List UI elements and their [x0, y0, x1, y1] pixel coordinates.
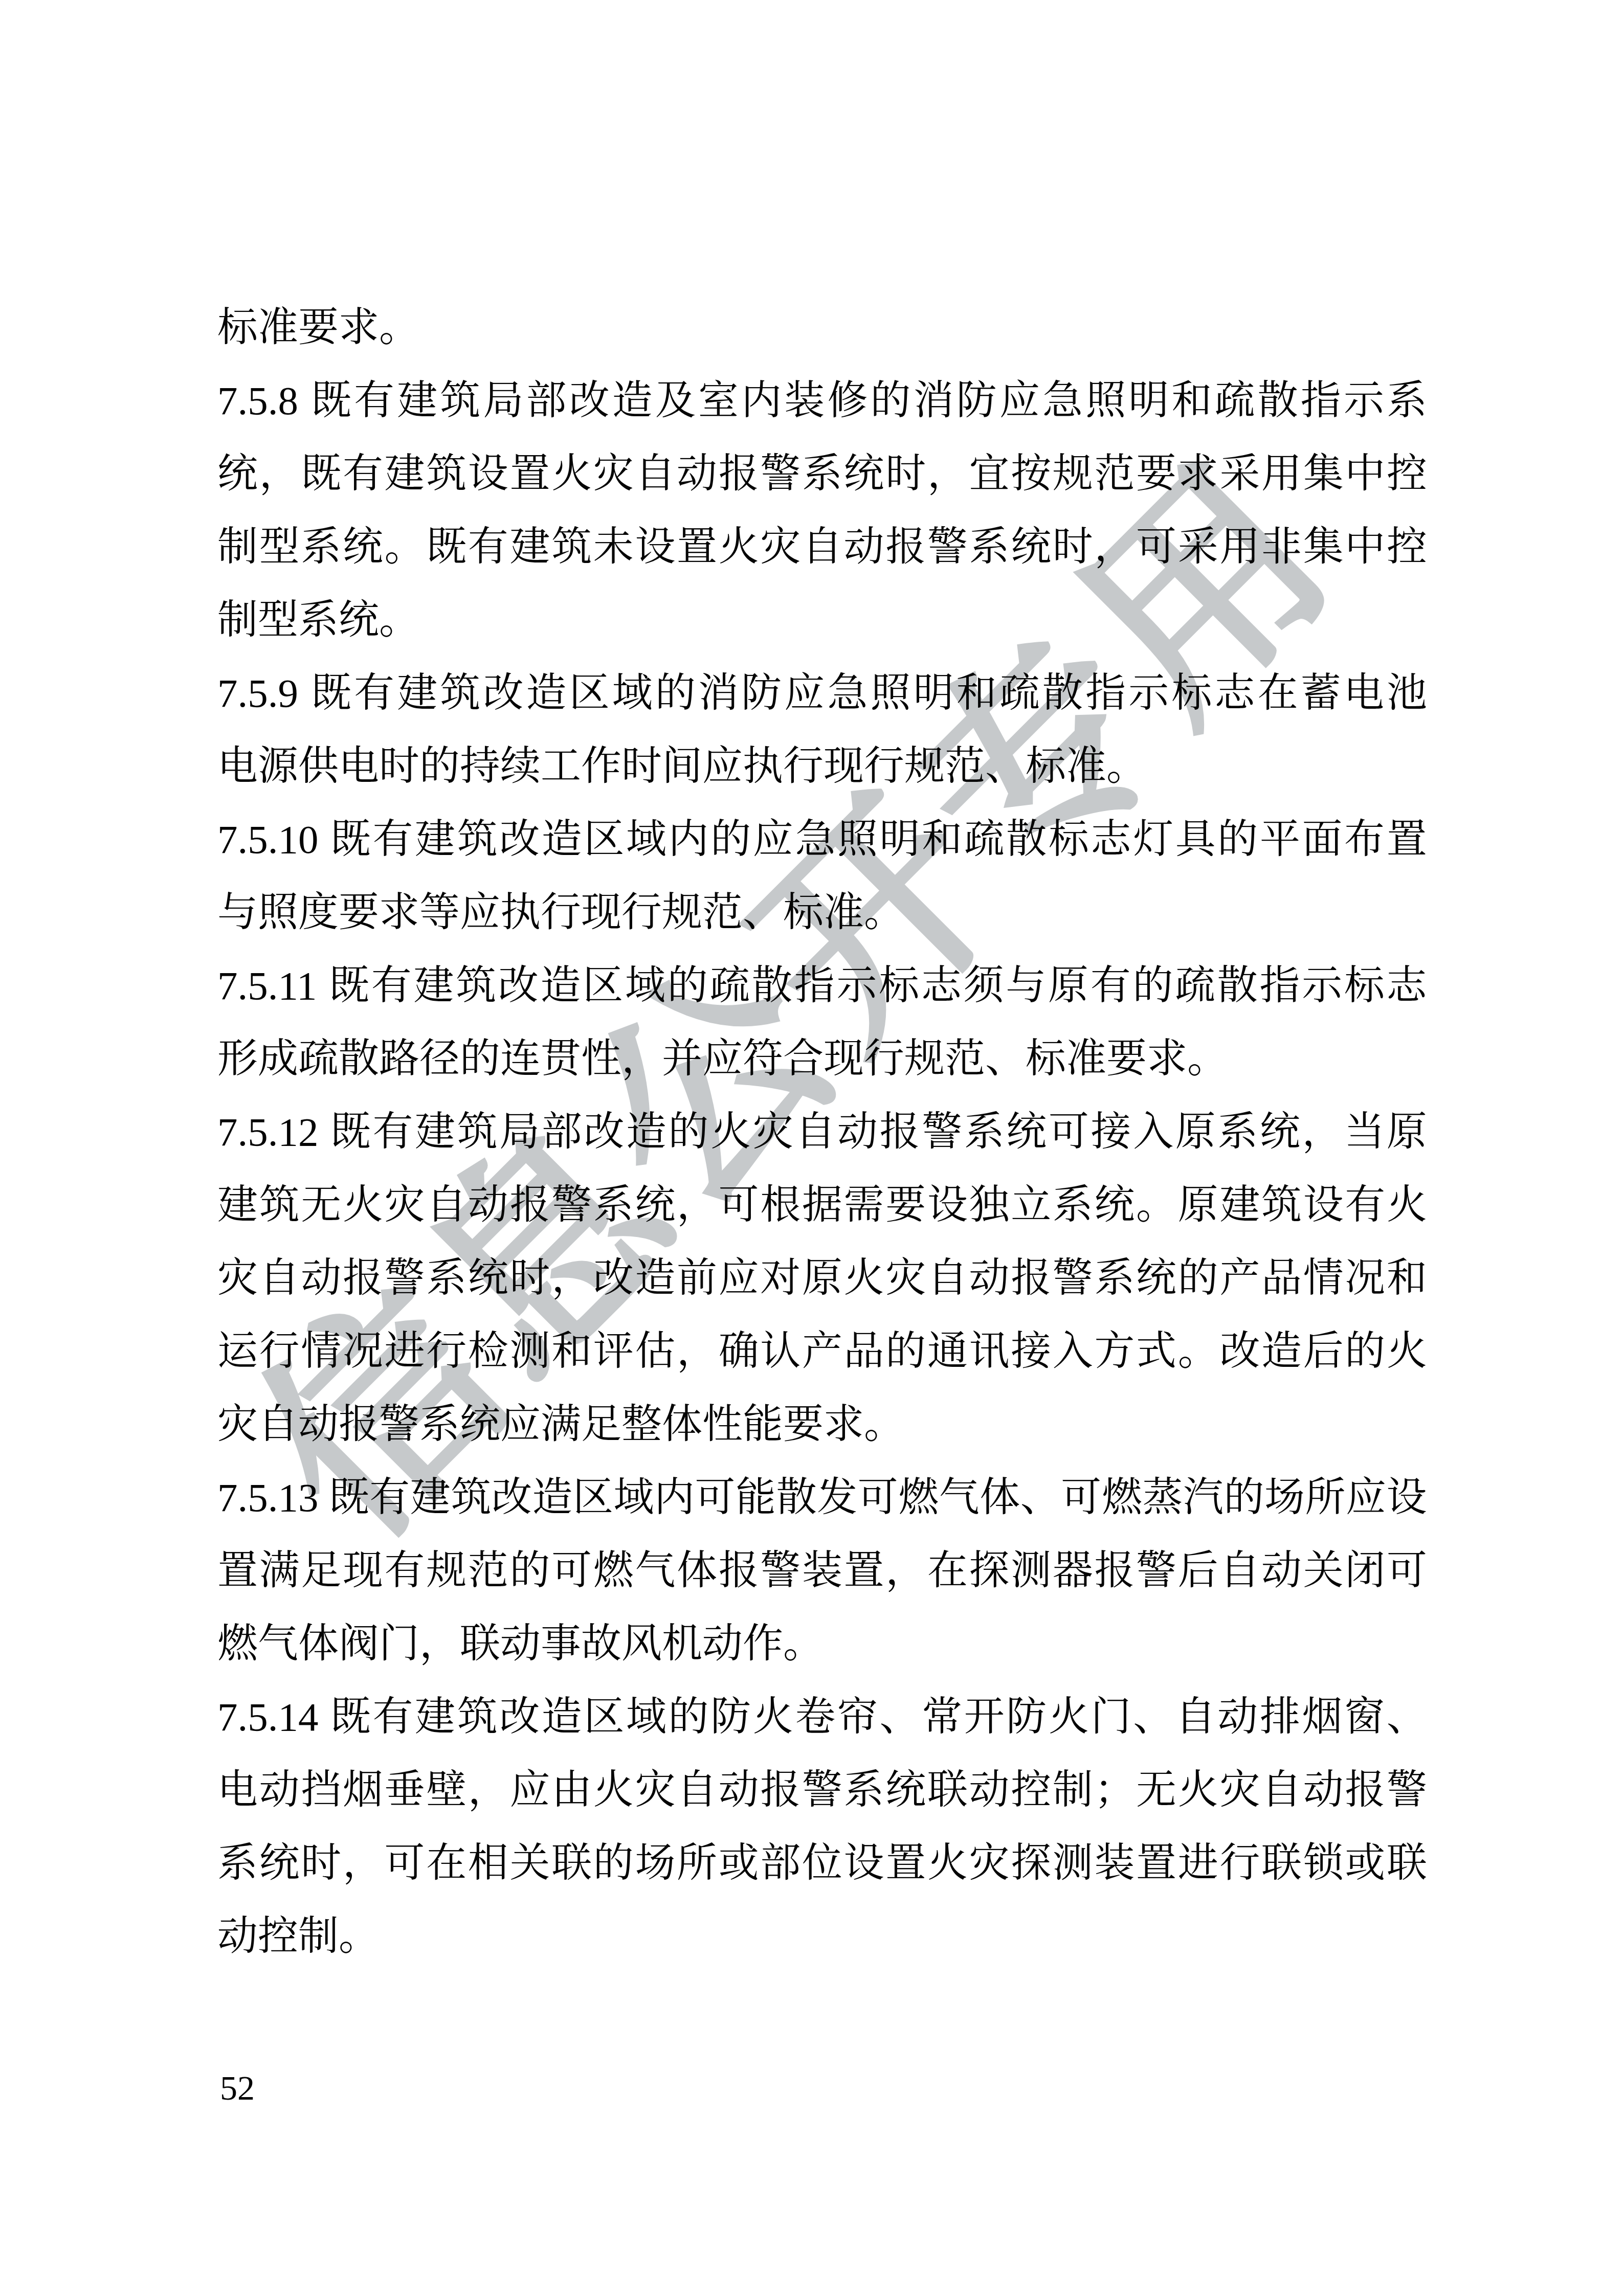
- body-line: 电源供电时的持续工作时间应执行现行规范、标准。: [217, 730, 1427, 803]
- body-line: 燃气体阀门，联动事故风机动作。: [217, 1608, 1427, 1681]
- body-line: 7.5.8 既有建筑局部改造及室内装修的消防应急照明和疏散指示系: [217, 365, 1427, 438]
- body-line: 灾自动报警系统应满足整体性能要求。: [217, 1388, 1427, 1461]
- body-text: 标准要求。 7.5.8 既有建筑局部改造及室内装修的消防应急照明和疏散指示系 统…: [217, 291, 1427, 1973]
- body-line: 7.5.12 既有建筑局部改造的火灾自动报警系统可接入原系统，当原: [217, 1096, 1427, 1169]
- body-line: 标准要求。: [217, 291, 1427, 365]
- body-line: 置满足现有规范的可燃气体报警装置，在探测器报警后自动关闭可: [217, 1535, 1427, 1608]
- body-line: 制型系统。既有建筑未设置火灾自动报警系统时，可采用非集中控: [217, 511, 1427, 584]
- body-line: 形成疏散路径的连贯性，并应符合现行规范、标准要求。: [217, 1023, 1427, 1096]
- document-page: 信息公开专用 标准要求。 7.5.8 既有建筑局部改造及室内装修的消防应急照明和…: [0, 0, 1624, 2296]
- body-line: 7.5.9 既有建筑改造区域的消防应急照明和疏散指示标志在蓄电池: [217, 657, 1427, 730]
- body-line: 与照度要求等应执行现行规范、标准。: [217, 876, 1427, 950]
- body-line: 建筑无火灾自动报警系统，可根据需要设独立系统。原建筑设有火: [217, 1169, 1427, 1242]
- body-line: 灾自动报警系统时，改造前应对原火灾自动报警系统的产品情况和: [217, 1242, 1427, 1315]
- body-line: 动控制。: [217, 1900, 1427, 1973]
- body-line: 7.5.13 既有建筑改造区域内可能散发可燃气体、可燃蒸汽的场所应设: [217, 1461, 1427, 1535]
- body-line: 系统时，可在相关联的场所或部位设置火灾探测装置进行联锁或联: [217, 1827, 1427, 1900]
- body-line: 7.5.10 既有建筑改造区域内的应急照明和疏散标志灯具的平面布置: [217, 803, 1427, 876]
- body-line: 统，既有建筑设置火灾自动报警系统时，宜按规范要求采用集中控: [217, 438, 1427, 511]
- body-line: 7.5.14 既有建筑改造区域的防火卷帘、常开防火门、自动排烟窗、: [217, 1681, 1427, 1754]
- page-number: 52: [220, 2070, 255, 2106]
- body-line: 制型系统。: [217, 584, 1427, 657]
- body-line: 电动挡烟垂壁，应由火灾自动报警系统联动控制；无火灾自动报警: [217, 1754, 1427, 1827]
- body-line: 7.5.11 既有建筑改造区域的疏散指示标志须与原有的疏散指示标志: [217, 950, 1427, 1023]
- body-line: 运行情况进行检测和评估，确认产品的通讯接入方式。改造后的火: [217, 1315, 1427, 1388]
